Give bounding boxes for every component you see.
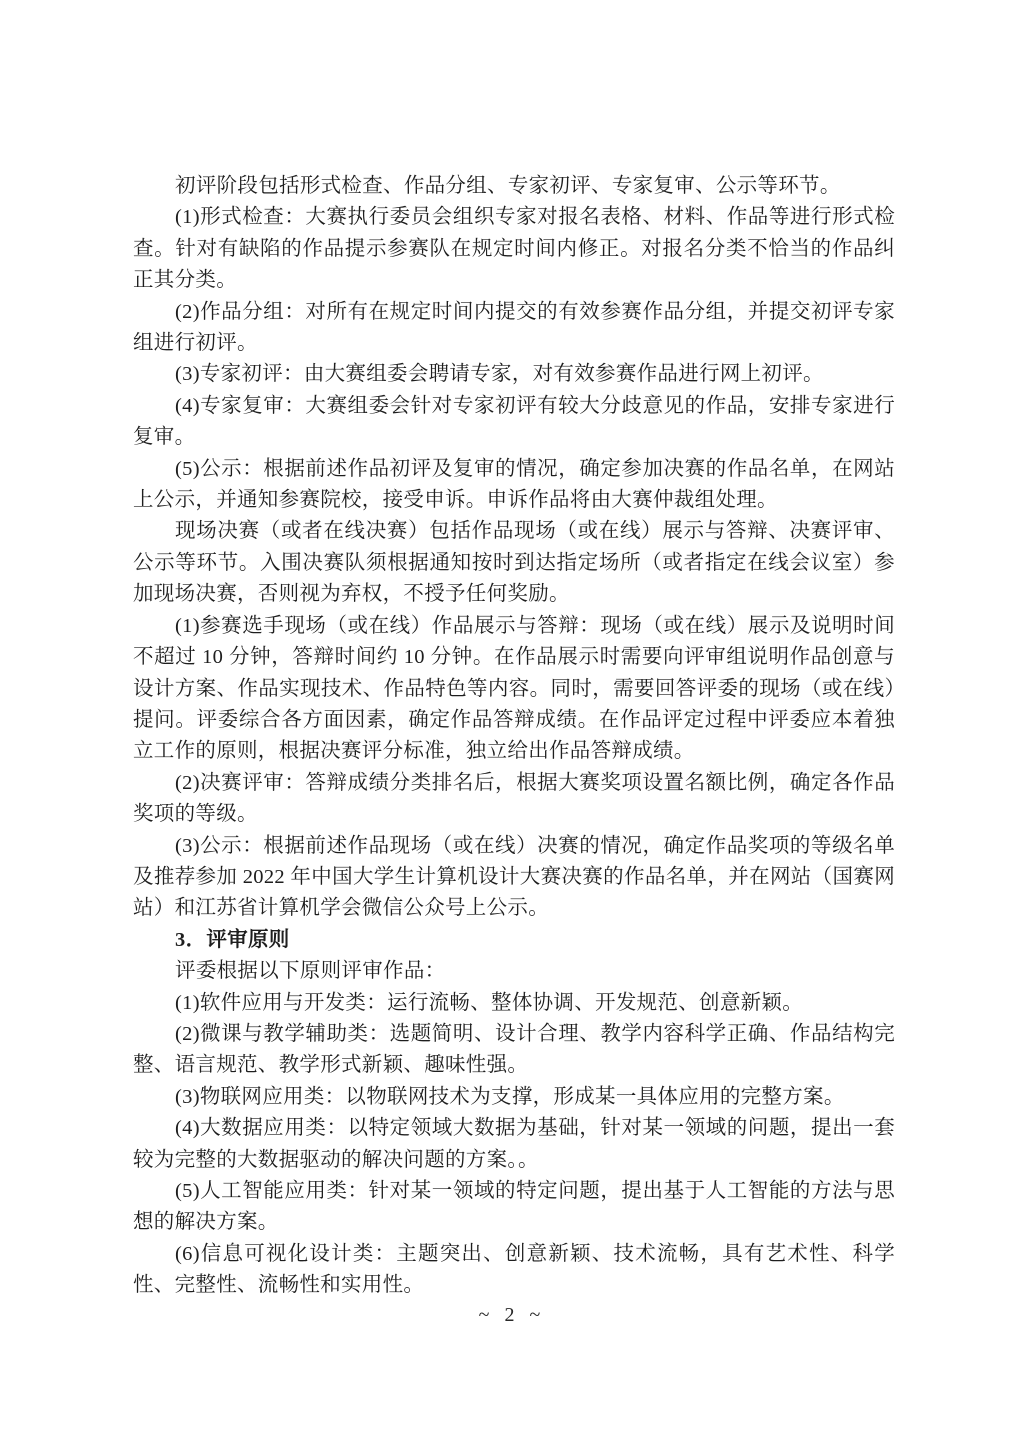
document-page: 初评阶段包括形式检查、作品分组、专家初评、专家复审、公示等环节。(1)形式检查：…	[0, 0, 1024, 1448]
section-heading: 3．评审原则	[133, 925, 895, 956]
paragraph: (2)微课与教学辅助类：选题简明、设计合理、教学内容科学正确、作品结构完整、语言…	[133, 1019, 895, 1082]
paragraph: (2)决赛评审：答辩成绩分类排名后，根据大赛奖项设置名额比例，确定各作品奖项的等…	[133, 768, 895, 831]
document-body: 初评阶段包括形式检查、作品分组、专家初评、专家复审、公示等环节。(1)形式检查：…	[133, 171, 895, 1302]
paragraph: (6)信息可视化设计类：主题突出、创意新颖、技术流畅，具有艺术性、科学性、完整性…	[133, 1239, 895, 1302]
paragraph: (4)专家复审：大赛组委会针对专家初评有较大分歧意见的作品，安排专家进行复审。	[133, 391, 895, 454]
paragraph: (1)形式检查：大赛执行委员会组织专家对报名表格、材料、作品等进行形式检查。针对…	[133, 202, 895, 296]
paragraph: (5)公示：根据前述作品初评及复审的情况，确定参加决赛的作品名单，在网站上公示，…	[133, 454, 895, 517]
paragraph: 现场决赛（或者在线决赛）包括作品现场（或在线）展示与答辩、决赛评审、公示等环节。…	[133, 516, 895, 610]
paragraph: 初评阶段包括形式检查、作品分组、专家初评、专家复审、公示等环节。	[133, 171, 895, 202]
page-number: ~ 2 ~	[0, 1304, 1024, 1327]
paragraph: 评委根据以下原则评审作品：	[133, 956, 895, 987]
paragraph: (5)人工智能应用类：针对某一领域的特定问题，提出基于人工智能的方法与思想的解决…	[133, 1176, 895, 1239]
paragraph: (3)公示：根据前述作品现场（或在线）决赛的情况，确定作品奖项的等级名单及推荐参…	[133, 831, 895, 925]
paragraph: (3)物联网应用类：以物联网技术为支撑，形成某一具体应用的完整方案。	[133, 1082, 895, 1113]
paragraph: (1)参赛选手现场（或在线）作品展示与答辩：现场（或在线）展示及说明时间不超过 …	[133, 611, 895, 768]
paragraph: (1)软件应用与开发类：运行流畅、整体协调、开发规范、创意新颖。	[133, 988, 895, 1019]
paragraph: (2)作品分组：对所有在规定时间内提交的有效参赛作品分组，并提交初评专家组进行初…	[133, 297, 895, 360]
paragraph: (4)大数据应用类：以特定领域大数据为基础，针对某一领域的问题，提出一套较为完整…	[133, 1113, 895, 1176]
paragraph: (3)专家初评：由大赛组委会聘请专家，对有效参赛作品进行网上初评。	[133, 359, 895, 390]
